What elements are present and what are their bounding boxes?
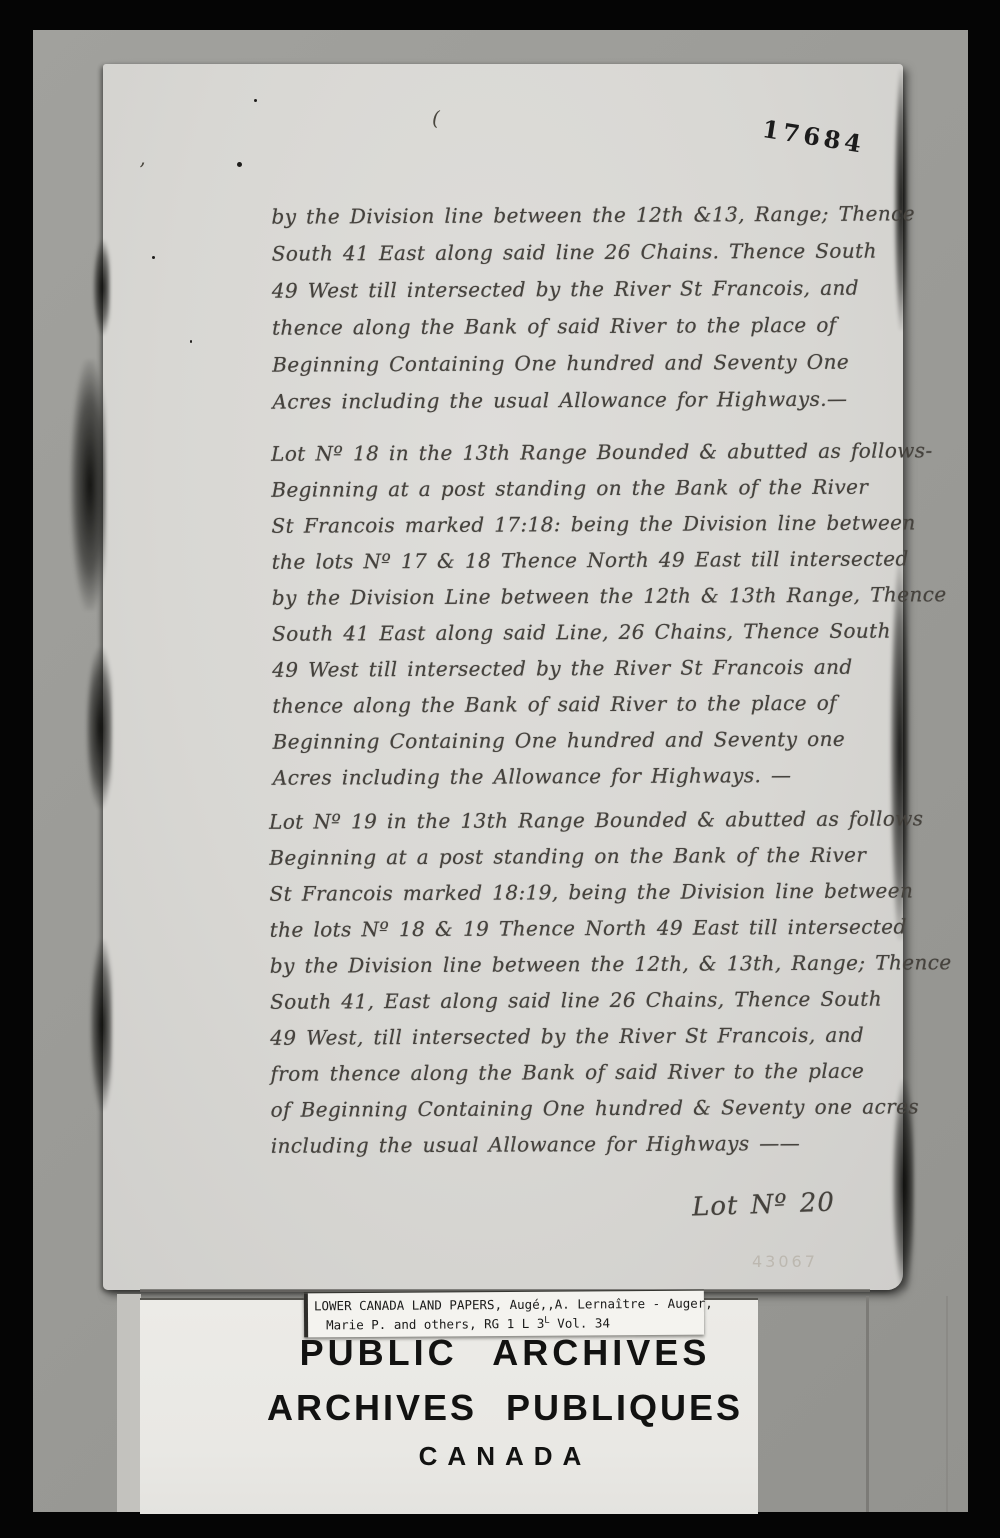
label-slip-line-2-text: Marie P. and others, RG 1 L 3 xyxy=(326,1316,544,1333)
manuscript-line: thence along the Bank of said River to t… xyxy=(272,312,916,352)
label-slip-line-1: LOWER CANADA LAND PAPERS, Augé,,A. Lerna… xyxy=(314,1295,704,1315)
catalogue-label-slip: LOWER CANADA LAND PAPERS, Augé,,A. Lerna… xyxy=(304,1291,704,1338)
manuscript-line: thence along the Bank of said River to t… xyxy=(272,690,947,730)
fold-line xyxy=(866,1296,869,1512)
manuscript-line: Lot Nº 19 in the 13th Range Bounded & ab… xyxy=(269,806,951,846)
stamp-line-canada: CANADA xyxy=(205,1441,805,1472)
manuscript-line: including the usual Allowance for Highwa… xyxy=(271,1130,953,1170)
manuscript-line: Beginning at a post standing on the Bank… xyxy=(269,842,951,882)
manuscript-line: from thence along the Bank of said River… xyxy=(270,1058,952,1098)
manuscript-line: 49 West till intersected by the River St… xyxy=(272,275,916,315)
handwritten-paragraph-1: by the Division line between the 12th &1… xyxy=(271,201,916,426)
faint-pencil-mark: 43067 xyxy=(752,1252,818,1271)
manuscript-line: South 41 East along said line 26 Chains.… xyxy=(272,238,916,278)
lot-20-heading: Lot Nº 20 xyxy=(692,1188,836,1223)
paper-edge-shadow xyxy=(86,648,112,808)
manuscript-line: St Francois marked 18:19, being the Divi… xyxy=(269,878,951,918)
handwritten-paragraph-lot-19: Lot Nº 19 in the 13th Range Bounded & ab… xyxy=(269,806,953,1170)
ink-speck xyxy=(237,162,242,167)
stray-pen-mark: ( xyxy=(432,106,440,130)
ink-speck xyxy=(254,99,257,102)
manuscript-line: South 41 East along said Line, 26 Chains… xyxy=(272,618,947,658)
stray-pen-mark: ’ xyxy=(139,158,145,182)
manuscript-line: Lot Nº 18 in the 13th Range Bounded & ab… xyxy=(271,438,946,478)
manuscript-line: Beginning Containing One hundred and Sev… xyxy=(273,726,948,766)
handwritten-paragraph-lot-18: Lot Nº 18 in the 13th Range Bounded & ab… xyxy=(271,438,948,802)
label-slip-line-2-tail: Vol. 34 xyxy=(550,1315,610,1330)
manuscript-line: 49 West till intersected by the River St… xyxy=(272,654,947,694)
stamp-line-english: PUBLIC ARCHIVES xyxy=(205,1332,805,1374)
public-archives-stamp: PUBLIC ARCHIVES ARCHIVES PUBLIQUES CANAD… xyxy=(205,1332,805,1472)
ink-speck xyxy=(190,340,192,343)
label-slip-line-2: Marie P. and others, RG 1 L 3L Vol. 34 xyxy=(314,1312,704,1334)
paper-edge-shadow xyxy=(70,360,106,610)
manuscript-line: by the Division Line between the 12th & … xyxy=(272,582,947,622)
paper-edge-shadow xyxy=(93,240,110,335)
manuscript-line: Acres including the Allowance for Highwa… xyxy=(273,762,948,802)
manuscript-line: St Francois marked 17:18: being the Divi… xyxy=(271,510,946,550)
manuscript-line: South 41, East along said line 26 Chains… xyxy=(270,986,952,1026)
manuscript-line: by the Division line between the 12th, &… xyxy=(270,950,952,990)
manuscript-line: Beginning Containing One hundred and Sev… xyxy=(272,349,916,389)
fold-line xyxy=(946,1296,948,1512)
manuscript-line: Acres including the usual Allowance for … xyxy=(272,386,916,426)
manuscript-line: 49 West, till intersected by the River S… xyxy=(270,1022,952,1062)
manuscript-line: the lots Nº 17 & 18 Thence North 49 East… xyxy=(272,546,947,586)
stamp-line-french: ARCHIVES PUBLIQUES xyxy=(205,1387,805,1429)
ink-speck xyxy=(152,256,155,259)
manuscript-line: the lots Nº 18 & 19 Thence North 49 East… xyxy=(270,914,952,954)
manuscript-line: Beginning at a post standing on the Bank… xyxy=(271,474,946,514)
manuscript-line: by the Division line between the 12th &1… xyxy=(271,201,915,241)
manuscript-line: of Beginning Containing One hundred & Se… xyxy=(271,1094,953,1134)
scanned-archival-document: 17684 ( ’ by the Division line between t… xyxy=(0,0,1000,1538)
card-edge-strip xyxy=(117,1294,141,1512)
paper-edge-shadow xyxy=(90,940,112,1110)
